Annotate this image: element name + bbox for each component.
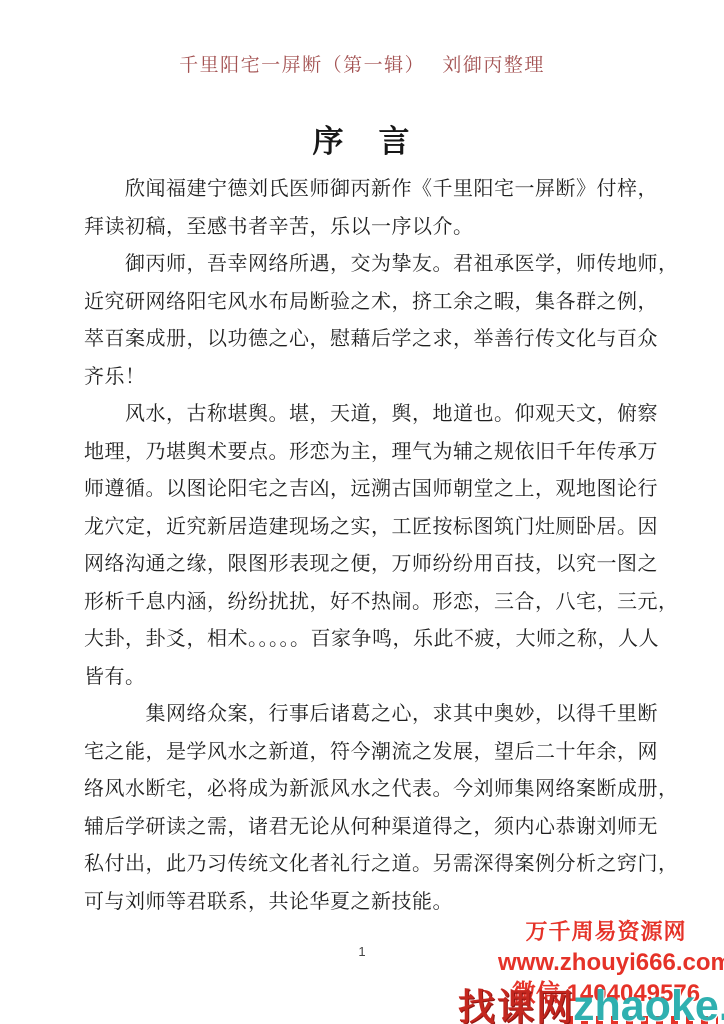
overlay-site-domain: zhaoke.vip: [573, 982, 724, 1024]
overlay-watermark: 找课网zhaoke.vip: [458, 977, 724, 1024]
paragraph: 集网络众案，行事后诸葛之心，求其中奥妙，以得千里断 宅之能，是学风水之新道，符今…: [84, 696, 720, 921]
watermark-site-name: 万千周易资源网: [498, 918, 714, 947]
page-title: 序 言: [0, 116, 724, 161]
running-header: 千里阳宅一屏断（第一辑） 刘御丙整理: [0, 50, 724, 77]
paragraph: 风水，古称堪舆。堪，天道，舆，地道也。仰观天文，俯察 地理，乃堪舆术要点。形恋为…: [84, 396, 720, 696]
overlay-site-name: 找课网: [458, 987, 575, 1024]
document-body: 欣闻福建宁德刘氏医师御丙新作《千里阳宅一屏断》付梓， 拜读初稿，至感书者辛苦，乐…: [84, 171, 720, 921]
paragraph: 欣闻福建宁德刘氏医师御丙新作《千里阳宅一屏断》付梓， 拜读初稿，至感书者辛苦，乐…: [84, 171, 720, 246]
document-page: 千里阳宅一屏断（第一辑） 刘御丙整理 序 言 欣闻福建宁德刘氏医师御丙新作《千里…: [0, 0, 724, 1024]
watermark-site-url: www.zhouyi666.com: [498, 947, 714, 978]
paragraph: 御丙师，吾幸网络所遇，交为挚友。君祖承医学，师传地师， 近究研网络阳宅风水布局断…: [84, 246, 720, 396]
